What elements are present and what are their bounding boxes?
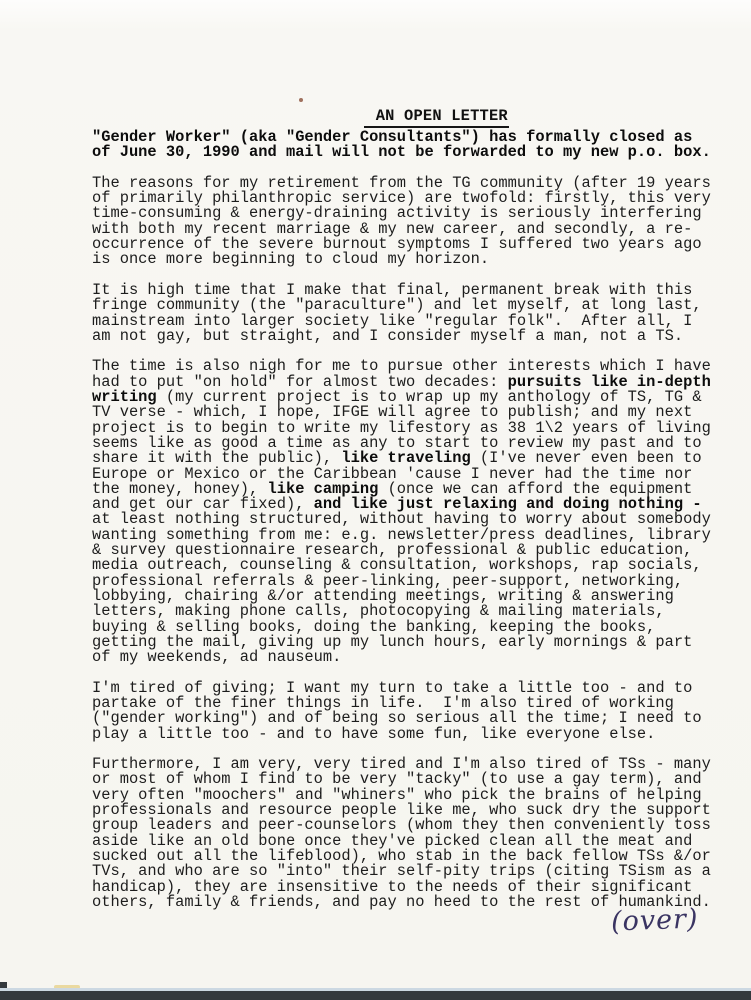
letter-line: am not gay, but straight, and I consider… <box>92 329 724 344</box>
letter-line: is once more beginning to cloud my horiz… <box>92 252 724 267</box>
paragraph-closure-announcement: "Gender Worker" (aka "Gender Consultants… <box>92 130 724 161</box>
text-run: play a little too - and to have some fun… <box>92 725 655 743</box>
over-note-handwritten: (over) <box>610 903 698 937</box>
letter-line: of my weekends, ad nauseum. <box>92 650 724 665</box>
letter-line: play a little too - and to have some fun… <box>92 727 724 742</box>
page-title-text: AN OPEN LETTER <box>364 107 509 128</box>
scan-edge-shadow <box>0 991 751 1000</box>
text-run: is once more beginning to cloud my horiz… <box>92 250 489 268</box>
paragraph-tired-of-tss: Furthermore, I am very, very tired and I… <box>92 757 724 910</box>
ink-speck <box>299 98 303 102</box>
text-run: of June 30, 1990 and mail will not be fo… <box>92 143 711 161</box>
text-run: of my weekends, ad nauseum. <box>92 648 341 666</box>
paragraph-other-interests: The time is also nigh for me to pursue o… <box>92 359 724 665</box>
paragraph-tired-of-giving: I'm tired of giving; I want my turn to t… <box>92 681 724 742</box>
text-run: am not gay, but straight, and I consider… <box>92 327 683 345</box>
scanned-letter-page: AN OPEN LETTER "Gender Worker" (aka "Gen… <box>0 0 751 1000</box>
letter-line: of June 30, 1990 and mail will not be fo… <box>92 145 724 160</box>
letter-body: "Gender Worker" (aka "Gender Consultants… <box>92 130 724 925</box>
paragraph-final-break: It is high time that I make that final, … <box>92 283 724 344</box>
paragraph-retirement-reasons: The reasons for my retirement from the T… <box>92 176 724 268</box>
